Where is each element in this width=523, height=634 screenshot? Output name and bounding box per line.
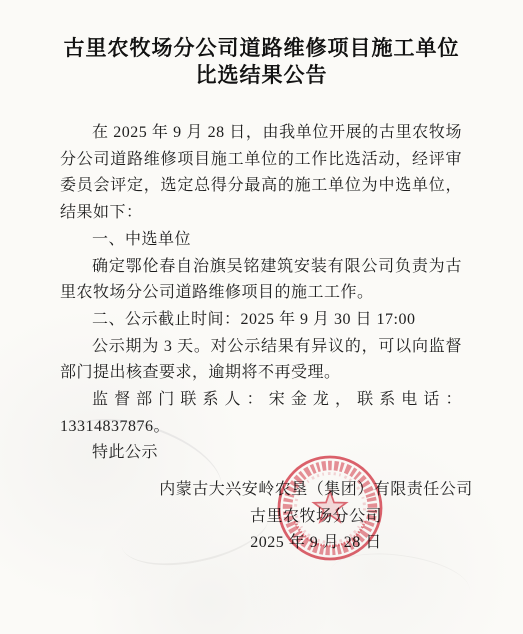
star-icon xyxy=(314,491,346,522)
paragraph-supervision-contact: 监督部门联系人：宋金龙，联系电话：13314837876。 xyxy=(60,387,462,440)
paragraph-publicity-period: 公示期为 3 天。对公示结果有异议的，可以向监督部门提出核查要求，逾期将不再受理… xyxy=(60,334,462,387)
document-body: 在 2025 年 9 月 28 日，由我单位开展的古里农牧场分公司道路维修项目施… xyxy=(60,120,462,467)
paragraph-intro: 在 2025 年 9 月 28 日，由我单位开展的古里农牧场分公司道路维修项目施… xyxy=(60,120,462,227)
document-title-line-1: 古里农牧场分公司道路维修项目施工单位 xyxy=(0,35,523,62)
document-title: 古里农牧场分公司道路维修项目施工单位 比选结果公告 xyxy=(0,35,523,89)
paragraph-section-1-heading: 一、中选单位 xyxy=(60,227,462,254)
announcement-page: 古里农牧场分公司道路维修项目施工单位 比选结果公告 在 2025 年 9 月 2… xyxy=(0,0,523,634)
paragraph-closing: 特此公示 xyxy=(60,440,462,467)
paragraph-section-2-deadline: 二、公示截止时间：2025 年 9 月 30 日 17:00 xyxy=(60,307,462,334)
seal-graphic xyxy=(275,452,385,564)
paragraph-selected-unit: 确定鄂伦春自治旗吴铭建筑安装有限公司负责为古里农牧场分公司道路维修项目的施工工作… xyxy=(60,254,462,307)
official-seal-stamp-icon xyxy=(275,452,385,564)
document-title-line-2: 比选结果公告 xyxy=(0,62,523,89)
